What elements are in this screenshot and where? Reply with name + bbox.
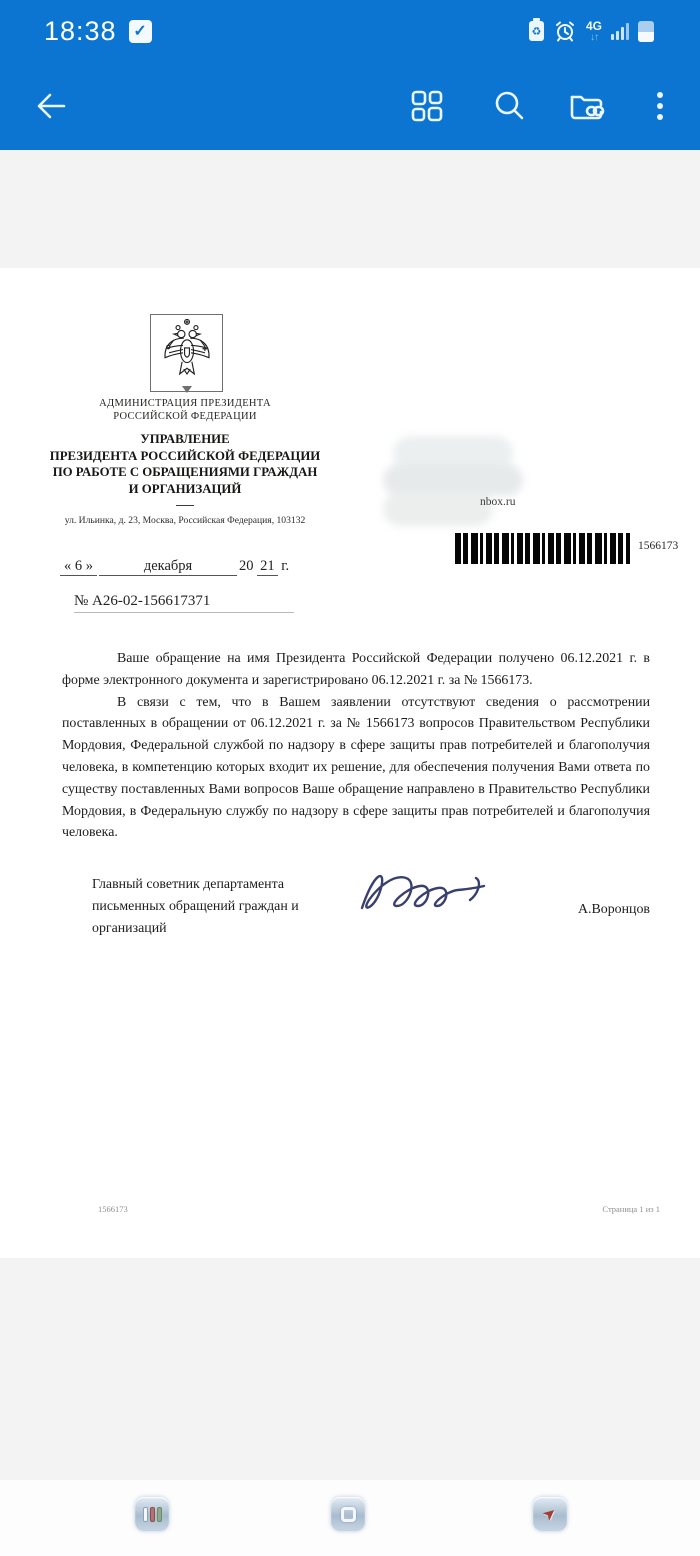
- registration-number: № А26-02-156617371: [74, 593, 294, 613]
- checkbox-notification-icon: ✓: [129, 20, 152, 43]
- divider-dash: [176, 505, 194, 506]
- status-icons: ♻ 4G ↓↑: [529, 0, 654, 62]
- sender-address: ул. Ильинка, д. 23, Москва, Российская Ф…: [30, 515, 340, 526]
- department-name: УПРАВЛЕНИЕ ПРЕЗИДЕНТА РОССИЙСКОЙ ФЕДЕРАЦ…: [45, 431, 325, 497]
- recipient-domain: nbox.ru: [480, 496, 515, 508]
- home-button[interactable]: [331, 1497, 365, 1531]
- footer-doc-number: 1566173: [98, 1204, 128, 1214]
- nav-back-icon: ➤: [538, 1502, 561, 1526]
- barcode: [455, 533, 630, 564]
- footer-page-indicator: Страница 1 из 1: [602, 1204, 660, 1214]
- signoff-name: А.Воронцов: [578, 902, 650, 918]
- recents-button[interactable]: [135, 1497, 169, 1531]
- date-century: 20: [239, 558, 254, 574]
- barcode-number: 1566173: [638, 540, 678, 552]
- grid-icon: [409, 88, 445, 124]
- status-bar: 18:38 ✓ ♻ 4G ↓↑: [0, 0, 700, 62]
- three-dot-menu-icon: [654, 88, 666, 124]
- date-line: « 6 »декабря20 21 г.: [60, 558, 289, 576]
- search-icon: [491, 88, 527, 124]
- android-nav-bar: ➤: [0, 1480, 700, 1556]
- battery-icon: [638, 21, 654, 42]
- handwritten-signature: [352, 860, 512, 926]
- home-icon: [341, 1507, 356, 1522]
- battery-saver-icon: ♻: [529, 21, 544, 41]
- search-button[interactable]: [487, 84, 531, 128]
- document-viewer[interactable]: АДМИНИСТРАЦИЯ ПРЕЗИДЕНТА РОССИЙСКОЙ ФЕДЕ…: [0, 150, 700, 1480]
- org-name: АДМИНИСТРАЦИЯ ПРЕЗИДЕНТА РОССИЙСКОЙ ФЕДЕ…: [60, 398, 310, 423]
- signal-strength-icon: [611, 22, 629, 40]
- recents-icon: [143, 1507, 148, 1522]
- back-button[interactable]: [28, 84, 72, 128]
- overflow-menu-button[interactable]: [642, 84, 678, 128]
- nav-back-button[interactable]: ➤: [533, 1497, 567, 1531]
- date-era: г.: [281, 558, 289, 574]
- 4g-network-icon: 4G ↓↑: [586, 20, 602, 43]
- paragraph-2: В связи с тем, что в Вашем заявлении отс…: [62, 692, 650, 845]
- app-toolbar: [0, 62, 700, 150]
- coat-of-arms-emblem: [150, 314, 223, 392]
- alarm-icon: [553, 19, 577, 43]
- redacted-recipient-block: [383, 436, 533, 528]
- date-day: « 6 »: [60, 558, 97, 576]
- paragraph-1: Ваше обращение на имя Президента Российс…: [62, 648, 650, 692]
- folder-button[interactable]: [566, 84, 610, 128]
- signoff-position: Главный советник департамента письменных…: [92, 874, 299, 940]
- back-arrow-icon: [31, 87, 69, 125]
- document-page: АДМИНИСТРАЦИЯ ПРЕЗИДЕНТА РОССИЙСКОЙ ФЕДЕ…: [0, 268, 700, 1258]
- letter-body: Ваше обращение на имя Президента Российс…: [62, 648, 650, 844]
- app-screen: 18:38 ✓ ♻ 4G ↓↑: [0, 0, 700, 1556]
- date-year: 21: [257, 558, 278, 576]
- date-month: декабря: [99, 558, 237, 576]
- double-headed-eagle-icon: [154, 317, 220, 387]
- folder-link-icon: [568, 88, 608, 124]
- clock: 18:38: [44, 16, 117, 47]
- thumbnails-button[interactable]: [405, 84, 449, 128]
